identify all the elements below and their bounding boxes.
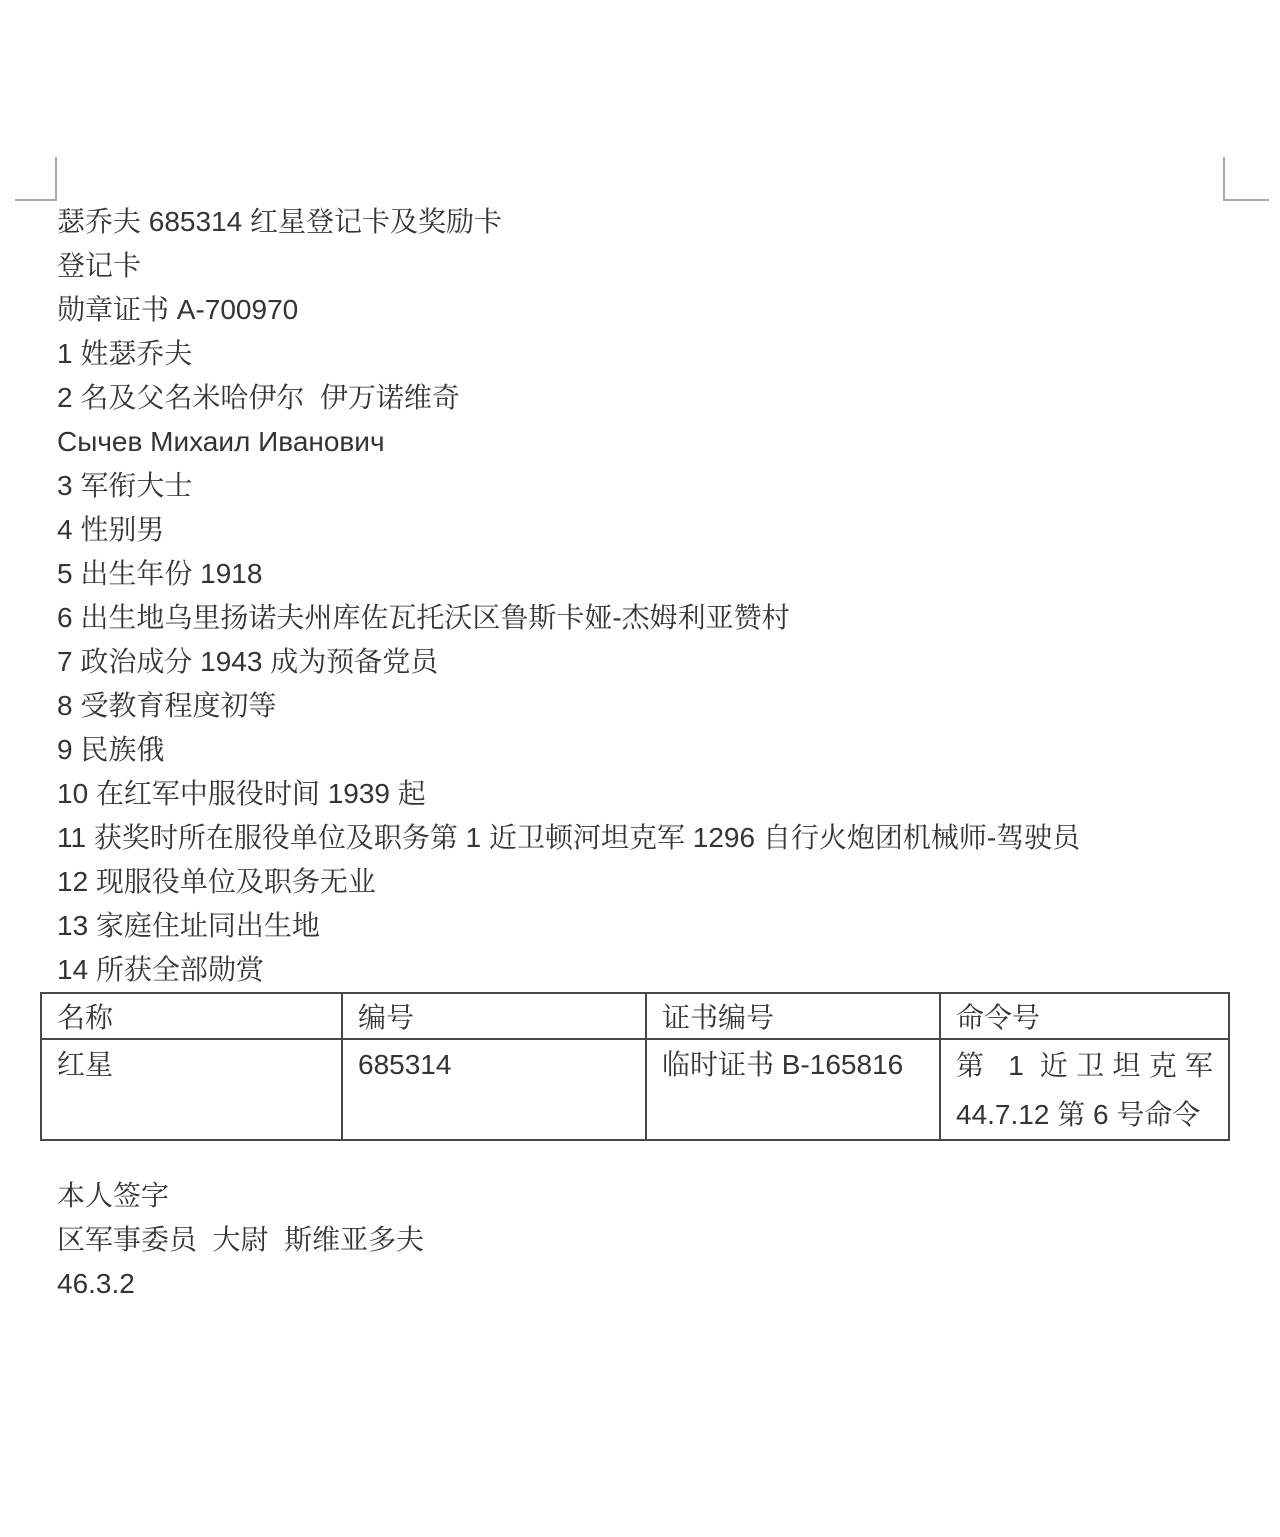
field-awards-heading: 14 所获全部勋赏 [57,948,1080,992]
card-type-line: 登记卡 [57,244,1080,288]
field-home-address: 13 家庭住址同出生地 [57,904,1080,948]
field-rank: 3 军衔大士 [57,464,1080,508]
field-unit-at-award: 11 获奖时所在服役单位及职务第 1 近卫顿河坦克军 1296 自行火炮团机械师… [57,816,1080,860]
cell-order-no: 第 1 近卫坦克军 44.7.12 第 6 号命令 [940,1039,1229,1140]
order-no-line-2: 44.7.12 第 6 号命令 [956,1090,1213,1139]
awards-header-number: 编号 [342,993,646,1039]
awards-header-row: 名称 编号 证书编号 命令号 [41,993,1229,1039]
cell-award-name: 红星 [41,1039,342,1140]
field-birth-year: 5 出生年份 1918 [57,552,1080,596]
document-body: 瑟乔夫 685314 红星登记卡及奖励卡 登记卡 勋章证书 A-700970 1… [57,200,1080,992]
medal-certificate-line: 勋章证书 A-700970 [57,288,1080,332]
order-no-line-1: 第 1 近卫坦克军 [956,1041,1213,1090]
cell-certificate-no: 临时证书 B-165816 [646,1039,940,1140]
field-birthplace: 6 出生地乌里扬诺夫州库佐瓦托沃区鲁斯卡娅-杰姆利亚赞村 [57,596,1080,640]
field-education: 8 受教育程度初等 [57,684,1080,728]
field-name-patronymic: 2 名及父名米哈伊尔 伊万诺维奇 [57,376,1080,420]
name-russian-line: Сычев Михаил Иванович [57,420,1080,464]
awards-table-row: 红星 685314 临时证书 B-165816 第 1 近卫坦克军 44.7.1… [41,1039,1229,1140]
page-margin-mark-top-left [15,157,57,201]
document-page: { "document": { "paragraphs": [ "瑟乔夫 685… [0,0,1280,1537]
date-line: 46.3.2 [57,1262,424,1306]
field-ethnicity: 9 民族俄 [57,728,1080,772]
signature-line: 本人签字 [57,1174,424,1218]
doc-title-line: 瑟乔夫 685314 红星登记卡及奖励卡 [57,200,1080,244]
field-current-unit: 12 现服役单位及职务无业 [57,860,1080,904]
field-gender: 4 性别男 [57,508,1080,552]
commissar-line: 区军事委员 大尉 斯维亚多夫 [57,1218,424,1262]
field-political-status: 7 政治成分 1943 成为预备党员 [57,640,1080,684]
field-surname: 1 姓瑟乔夫 [57,332,1080,376]
awards-header-certificate-no: 证书编号 [646,993,940,1039]
cell-award-number: 685314 [342,1039,646,1140]
awards-header-name: 名称 [41,993,342,1039]
signature-block: 本人签字 区军事委员 大尉 斯维亚多夫 46.3.2 [57,1174,424,1306]
awards-table: 名称 编号 证书编号 命令号 红星 685314 临时证书 B-165816 第… [40,992,1230,1141]
field-service-since: 10 在红军中服役时间 1939 起 [57,772,1080,816]
page-margin-mark-top-right [1223,157,1269,201]
awards-header-order-no: 命令号 [940,993,1229,1039]
